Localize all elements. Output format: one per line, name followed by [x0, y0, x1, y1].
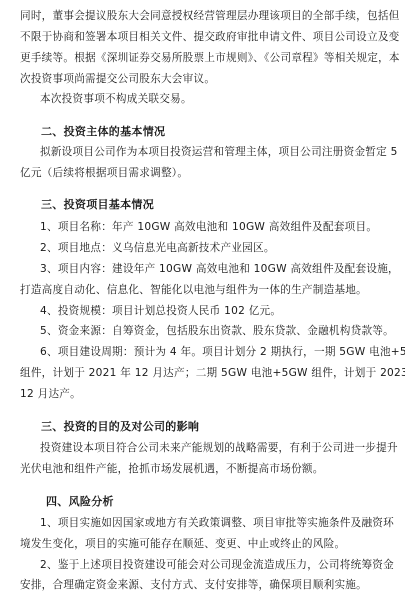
intro-line: 次投资事项尚需提交公司股东大会审议。 — [20, 72, 215, 86]
paragraph-line: 投资建设本项目符合公司未来产能规划的战略需要，有利于公司进一步提升 — [40, 441, 398, 455]
section-heading-purpose: 三、投资的目的及对公司的影响 — [41, 420, 199, 434]
project-item-content-cont: 打造高度自动化、信息化、智能化以电池与组件为一体的生产制造基地。 — [20, 283, 367, 297]
project-item-schedule: 6、项目建设周期：预计为 4 年。项目计划分 2 期执行，一期 5GW 电池+5… — [40, 345, 405, 359]
paragraph-line: 光伏电池和组件产能，抢抓市场发展机遇，不断提高市场份额。 — [20, 462, 324, 476]
project-item-funding: 5、资金来源：自筹资金，包括股东出资款、股东贷款、金融机构贷款等。 — [40, 324, 394, 338]
project-item-scale: 4、投资规模：项目计划总投资人民币 102 亿元。 — [40, 304, 281, 318]
intro-line: 更手续等。根据《深圳证券交易所股票上市规则》、《公司章程》等相关规定，本 — [20, 51, 400, 65]
project-item-name: 1、项目名称：年产 10GW 高效电池和 10GW 高效组件及配套项目。 — [40, 220, 377, 234]
project-item-location: 2、项目地点：义乌信息光电高新技术产业园区。 — [40, 241, 275, 255]
section-heading-risk: 四、风险分析 — [46, 495, 114, 509]
project-item-schedule-cont: 12 月达产。 — [20, 387, 81, 401]
paragraph-line: 亿元（后续将根据项目需求调整）。 — [20, 166, 188, 180]
risk-item-cont: 境发生变化，项目的实施可能存在顺延、变更、中止或终止的风险。 — [20, 537, 345, 551]
project-item-schedule-cont: 组件，计划于 2021 年 12 月达产；二期 5GW 电池+5GW 组件，计划… — [20, 366, 405, 380]
section-heading-project-info: 三、投资项目基本情况 — [41, 198, 154, 212]
risk-item-cont: 安排，合理确定资金来源、支付方式、支付安排等，确保项目顺利实施。 — [20, 578, 367, 592]
project-item-content: 3、项目内容：建设年产 10GW 高效电池和 10GW 高效组件及配套设施， — [40, 262, 399, 276]
intro-line: 同时，董事会提议股东大会同意授权经营管理层办理该项目的全部手续，包括但 — [20, 9, 400, 23]
section-heading-investment-entity: 二、投资主体的基本情况 — [41, 125, 165, 139]
paragraph-line: 拟新设项目公司作为本项目投资运营和管理主体，项目公司注册资金暂定 5 — [40, 145, 398, 159]
risk-item: 2、鉴于上述项目投资建设可能会对公司现金流造成压力，公司将统筹资金 — [40, 558, 394, 572]
risk-item: 1、项目实施如因国家或地方有关政策调整、项目审批等实施条件及融资环 — [40, 516, 394, 530]
intro-line: 不限于协商和签署本项目相关文件、提交政府审批申请文件、项目公司设立及变 — [20, 30, 400, 44]
related-party-note: 本次投资事项不构成关联交易。 — [40, 92, 192, 106]
